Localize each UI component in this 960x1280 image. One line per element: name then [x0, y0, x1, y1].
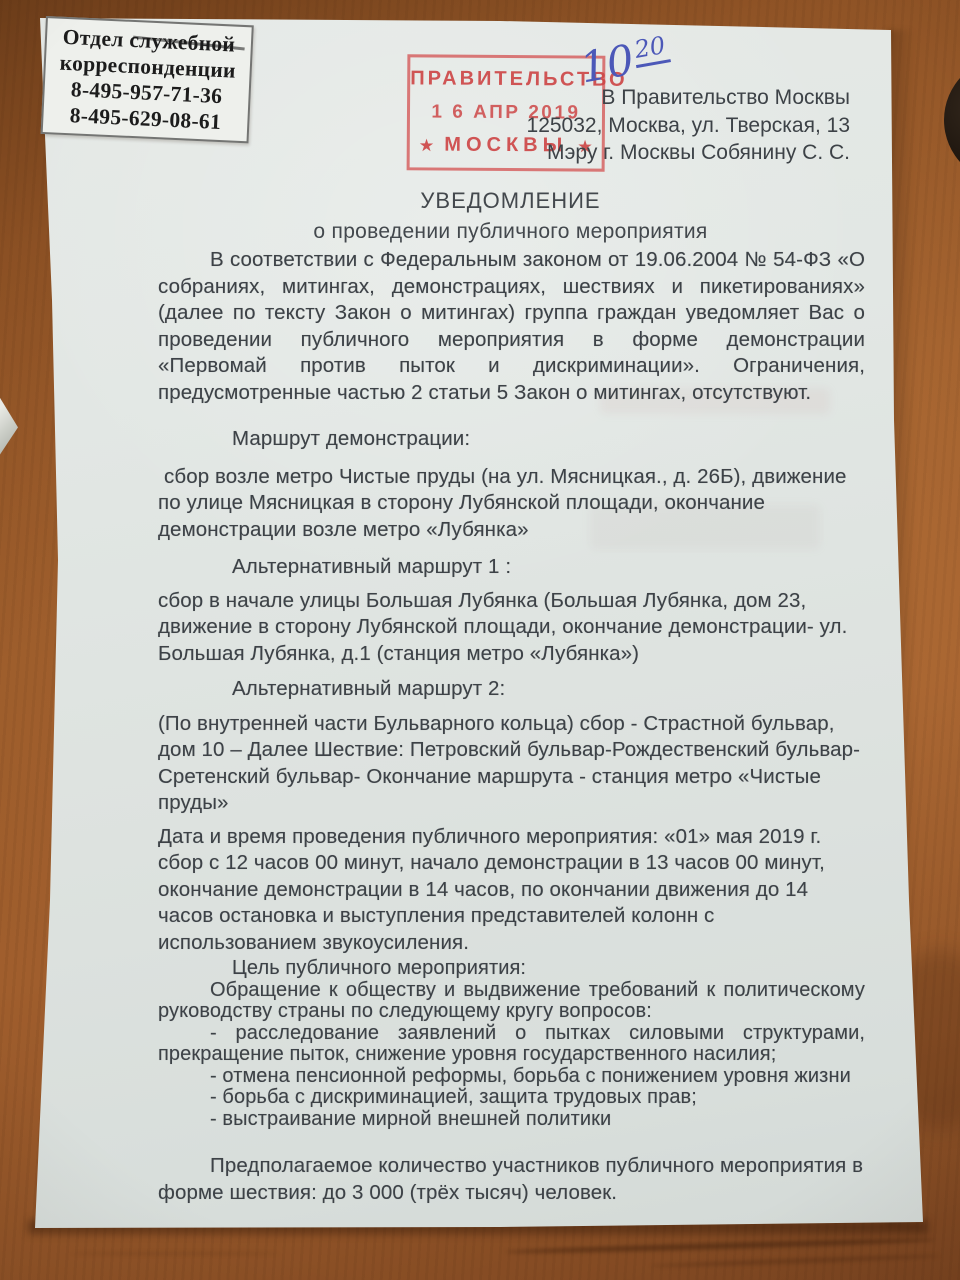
heading-route: Маршрут демонстрации:: [232, 426, 865, 453]
mail-dept-label: Отдел служебной корреспонденции 8-495-95…: [41, 16, 254, 143]
paragraph-intro: В соответствии с Федеральным законом от …: [158, 247, 865, 406]
heading-alt-route-2: Альтернативный маршрут 2:: [232, 676, 865, 703]
document-subtitle: о проведении публичного мероприятия: [158, 220, 863, 244]
goal-bullet-4: - выстраивание мирной внешней политики: [158, 1109, 865, 1131]
plastic-corner: [0, 393, 18, 459]
paragraph-alt-route-1: сбор в начале улицы Большая Лубянка (Бол…: [158, 588, 865, 668]
goal-bullet-3: - борьба с дискриминацией, защита трудов…: [158, 1087, 865, 1109]
paragraph-participants: Предполагаемое количество участников пуб…: [158, 1153, 865, 1206]
goal-bullet-2: - отмена пенсионной реформы, борьба с по…: [158, 1066, 865, 1088]
goal-section: Цель публичного мероприятия: Обращение к…: [158, 958, 865, 1130]
heading-alt-route-1: Альтернативный маршрут 1 :: [232, 554, 865, 581]
recipient-line-3: Мэру г. Москвы Собянину С. С.: [420, 139, 850, 167]
paragraph-datetime: Дата и время проведения публичного мероп…: [158, 824, 865, 957]
document-body: В соответствии с Федеральным законом от …: [158, 247, 865, 1226]
document-title-block: УВЕДОМЛЕНИЕ о проведении публичного меро…: [158, 188, 863, 244]
paragraph-goal: Обращение к обществу и выдвижение требов…: [158, 980, 865, 1023]
handwritten-minutes: 20: [631, 31, 671, 69]
wood-grain-streak: [650, 1254, 940, 1268]
recipient-line-2: 125032, Москва, ул. Тверская, 13: [420, 112, 850, 140]
recipient-block: В Правительство Москвы 125032, Москва, у…: [420, 84, 850, 167]
wood-grain-streak: [505, 1237, 935, 1255]
wood-grain-streak: [70, 1252, 280, 1255]
paragraph-route: сбор возле метро Чистые пруды (на ул. Мя…: [158, 464, 865, 544]
black-round-object: [944, 56, 960, 184]
heading-goal: Цель публичного мероприятия:: [232, 958, 865, 980]
document-title: УВЕДОМЛЕНИЕ: [158, 188, 863, 214]
goal-bullet-1: - расследование заявлений о пытках силов…: [158, 1023, 865, 1066]
paragraph-alt-route-2: (По внутренней части Бульварного кольца)…: [158, 711, 865, 817]
recipient-line-1: В Правительство Москвы: [420, 84, 850, 112]
desk-background: Отдел служебной корреспонденции 8-495-95…: [0, 0, 960, 1280]
